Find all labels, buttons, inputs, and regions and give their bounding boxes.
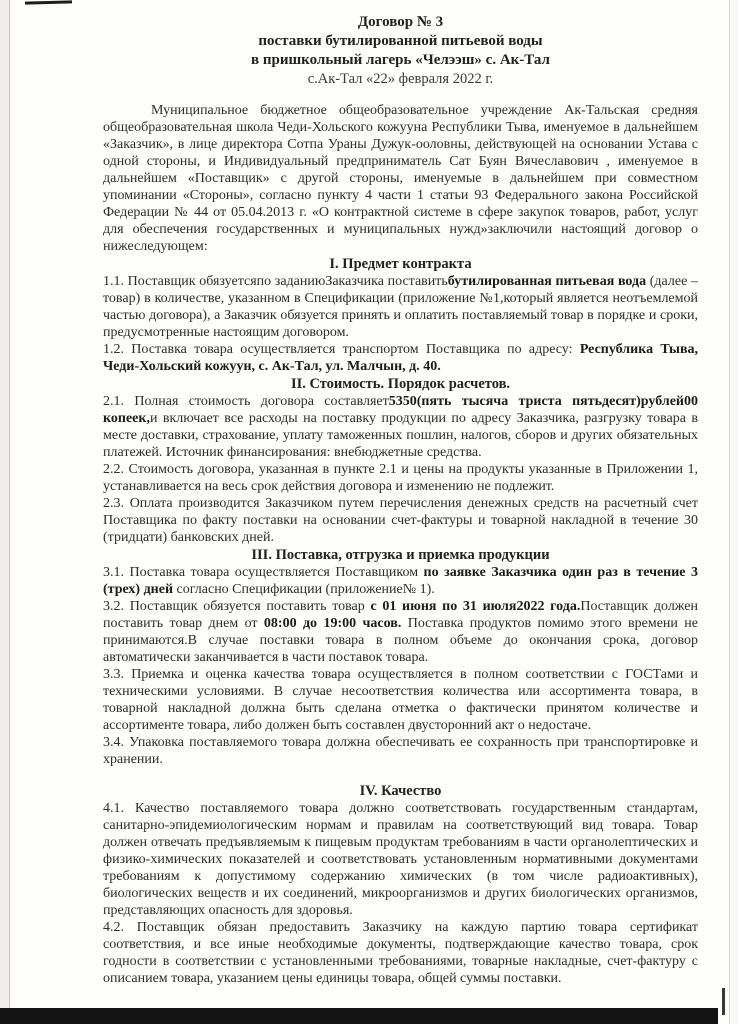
scan-right-edge-dark-segment [722, 988, 725, 1015]
paragraph-3-2: 3.2. Поставщик обязуется поставить товар… [103, 598, 698, 666]
scanned-page: Договор № 3 поставки бутилированной пить… [0, 0, 738, 1024]
section-heading-1: I. Предмет контракта [103, 255, 698, 273]
text-run: 3.3. Приемка и оценка качества товара ос… [103, 667, 698, 733]
paragraph-2-2: 2.2. Стоимость договора, указанная в пун… [103, 461, 698, 495]
text-run: 3.4. Упаковка поставляемого товара должн… [103, 735, 698, 767]
text-run: и включает все расходы на поставку проду… [103, 411, 698, 460]
paragraph-1-2: 1.2. Поставка товара осуществляется тран… [103, 341, 698, 375]
paragraph-3-4: 3.4. Упаковка поставляемого товара должн… [103, 734, 698, 768]
paragraph-3-1: 3.1. Поставка товара осуществляется Пост… [103, 564, 698, 598]
section-heading-4: IV. Качество [103, 782, 698, 800]
scan-top-left-line-artifact [25, 0, 72, 4]
text-run: 3.1. Поставка товара осуществляется Пост… [103, 565, 424, 580]
scan-bottom-black-bar [0, 1008, 718, 1024]
section-heading-2: II. Стоимость. Порядок расчетов. [103, 375, 698, 393]
document-title: Договор № 3 [103, 13, 698, 32]
text-run: 1.2. Поставка товара осуществляется тран… [103, 342, 580, 357]
paragraph-4-1: 4.1. Качество поставляемого товара должн… [103, 800, 698, 919]
scan-right-edge-line [729, 0, 730, 1024]
paragraph-3-3: 3.3. Приемка и оценка качества товара ос… [103, 666, 698, 734]
preamble-paragraph: Муниципальное бюджетное общеобразователь… [103, 102, 698, 255]
text-run: 3.2. Поставщик обязуется поставить товар [103, 599, 370, 614]
text-run-bold: бутилированная питьевая вода [448, 274, 646, 289]
text-run: согласно Спецификации (приложение№ 1). [177, 582, 435, 597]
text-run: 1.1. Поставщик обязуетсяпо заданиюЗаказч… [103, 274, 448, 289]
text-run-bold: 08:00 до 19:00 часов. [264, 616, 401, 631]
scan-left-edge [0, 0, 10, 1024]
paragraph-2-3: 2.3. Оплата производится Заказчиком путе… [103, 495, 698, 546]
text-run: 2.2. Стоимость договора, указанная в пун… [103, 462, 698, 494]
document-subtitle-line-2: в пришкольный лагерь «Челээш» с. Ак-Тал [103, 51, 698, 70]
paragraph-1-1: 1.1. Поставщик обязуетсяпо заданиюЗаказч… [103, 273, 698, 341]
contract-text-block: Договор № 3 поставки бутилированной пить… [103, 13, 698, 987]
place-and-date-line: с.Ак-Тал «22» февраля 2022 г. [103, 70, 698, 89]
text-run: 4.2. Поставщик обязан предоставить Заказ… [103, 920, 698, 986]
paragraph-2-1: 2.1. Полная стоимость договора составляе… [103, 393, 698, 461]
text-run-bold: с 01 июня по 31 июля2022 года. [370, 599, 580, 614]
document-subtitle-line-1: поставки бутилированной питьевой воды [103, 32, 698, 51]
paragraph-4-2: 4.2. Поставщик обязан предоставить Заказ… [103, 919, 698, 987]
text-run: 2.3. Оплата производится Заказчиком путе… [103, 496, 698, 545]
section-heading-3: III. Поставка, отгрузка и приемка продук… [103, 546, 698, 564]
text-run: 4.1. Качество поставляемого товара должн… [103, 801, 698, 918]
text-run: 2.1. Полная стоимость договора составляе… [103, 394, 389, 409]
text-run: Муниципальное бюджетное общеобразователь… [103, 103, 698, 254]
scan-right-strip [731, 0, 738, 1024]
